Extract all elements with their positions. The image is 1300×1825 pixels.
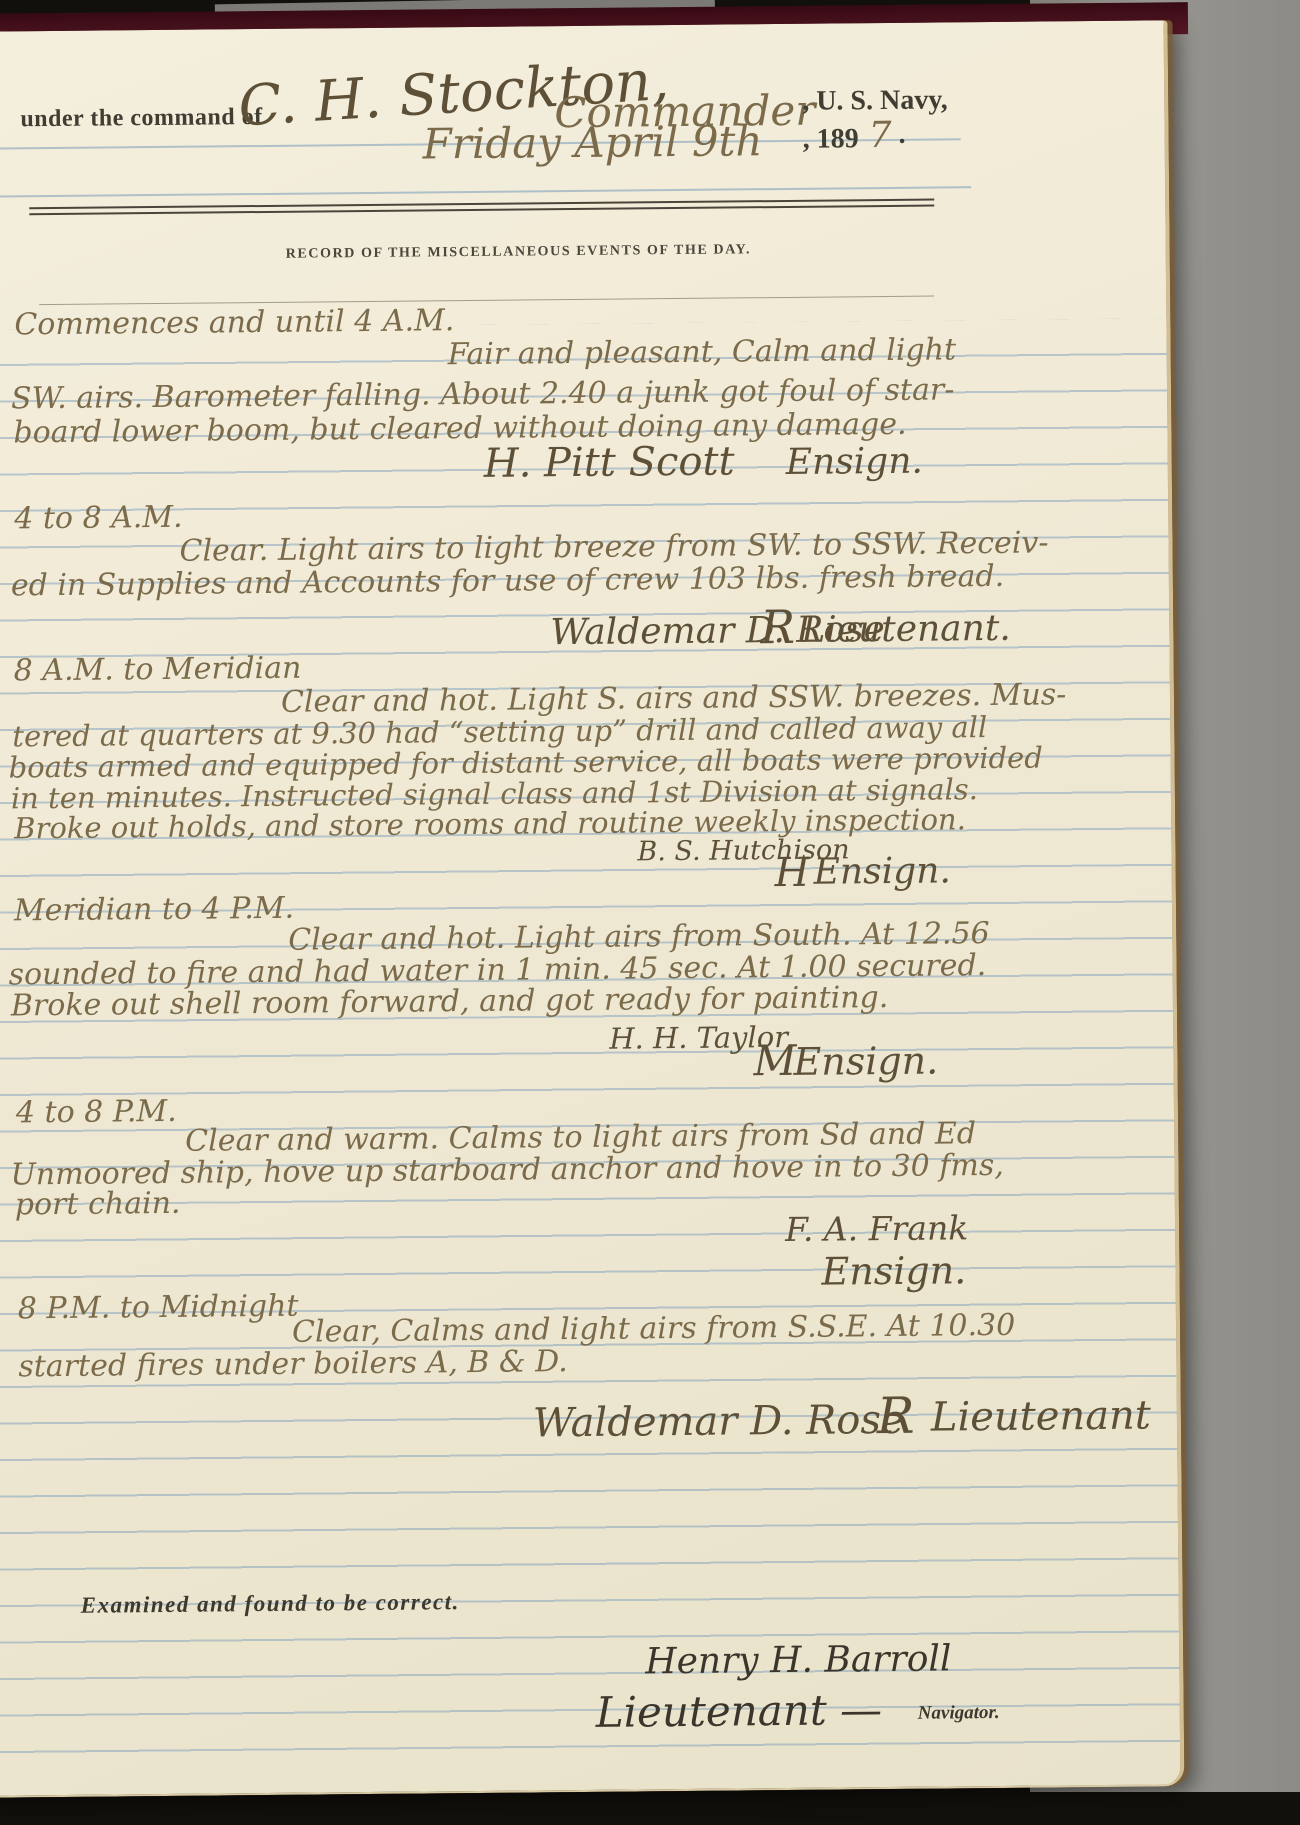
year-prefix: , 189 [802, 123, 858, 156]
navy-suffix: , U. S. Navy, [802, 84, 948, 117]
record-heading: RECORD OF THE MISCELLANEOUS EVENTS OF TH… [286, 242, 752, 262]
entry5-signature: F. A. Frank [785, 1208, 969, 1249]
logbook-page: under the command of C. H. Stockton, Com… [0, 20, 1184, 1797]
entry6-signature: Waldemar D. Rose [533, 1397, 905, 1447]
watch-label-6: 8 P.M. to Midnight [18, 1289, 299, 1327]
entry5-rank: Ensign. [821, 1248, 966, 1293]
examined-note: Examined and found to be correct. [81, 1589, 460, 1619]
entry6-line2: started fires under boilers A, B & D. [18, 1344, 568, 1384]
navigator-label: Navigator. [918, 1702, 1000, 1725]
watch-label-3: 8 A.M. to Meridian [14, 651, 302, 689]
entry6-rank: Lieutenant [931, 1393, 1151, 1441]
entry4-rank: Ensign. [793, 1039, 938, 1084]
navigator-signature: Henry H. Barroll [645, 1638, 952, 1682]
entry3-signature-flourish: H [774, 850, 809, 896]
navigator-rank-script: Lieutenant — [595, 1685, 882, 1737]
watch-label-1: Commences and until 4 A.M. [14, 303, 454, 342]
command-prefix: under the command of [20, 104, 262, 133]
photo-scene: under the command of C. H. Stockton, Com… [0, 0, 1300, 1825]
entry2-signature-flourish: R [760, 600, 795, 654]
entry4-signature-flourish: M [753, 1036, 796, 1085]
year-digit-script: 7 [868, 115, 891, 156]
entry6-signature-flourish: R [877, 1387, 915, 1445]
entry1-line1: Fair and pleasant, Calm and light [448, 332, 957, 372]
entry5-line3: port chain. [15, 1186, 181, 1223]
entry6-line1: Clear, Calms and light airs from S.S.E. … [292, 1308, 1016, 1350]
watch-label-5: 4 to 8 P.M. [16, 1094, 177, 1131]
entry2-rank: Lieutenant. [801, 608, 1011, 651]
watch-label-2: 4 to 8 A.M. [14, 500, 183, 537]
entry1-signature: H. Pitt Scott [484, 438, 735, 486]
header-rule-blue-2 [0, 186, 971, 198]
entries-top-rule [39, 296, 934, 306]
entry1-rank: Ensign. [786, 441, 924, 483]
date-script: Friday April 9th [422, 116, 762, 168]
watch-label-4: Meridian to 4 P.M. [14, 891, 294, 929]
entry3-rank: Ensign. [813, 850, 951, 892]
year-period: . [898, 119, 905, 151]
